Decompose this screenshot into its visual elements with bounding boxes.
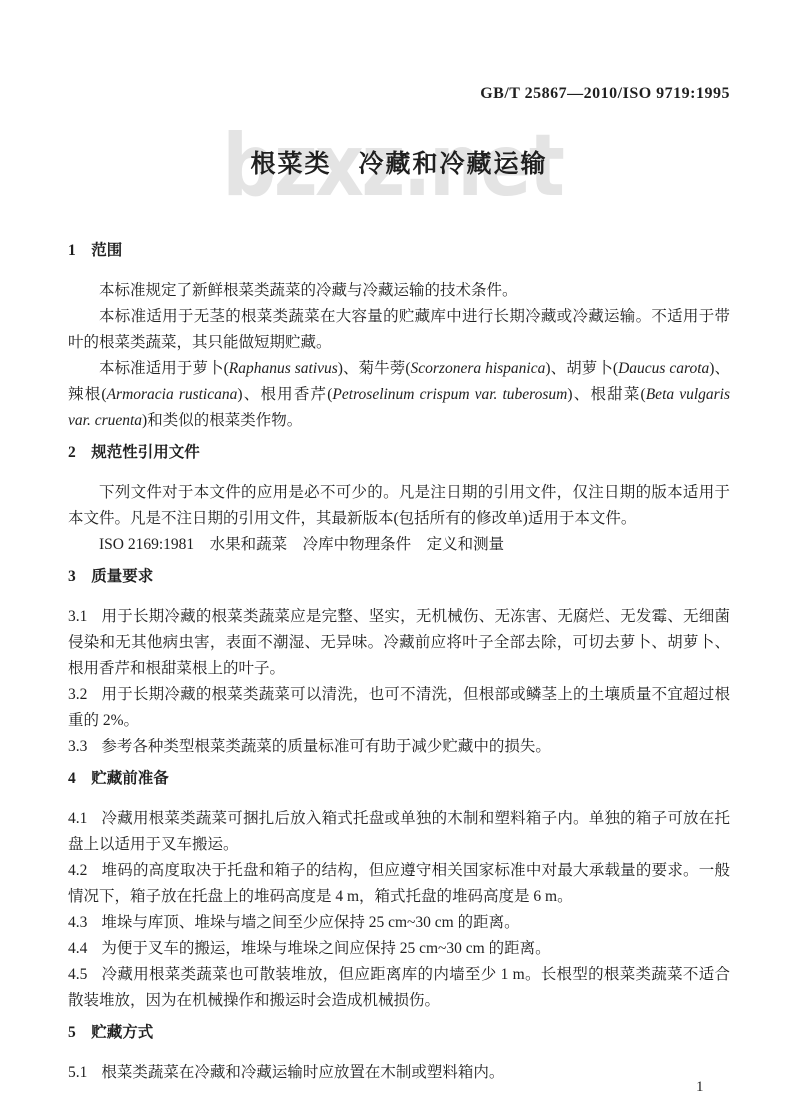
section-heading-label: 规范性引用文件 [91, 444, 200, 461]
section-quality-requirements: 3质量要求 3.1用于长期冷藏的根菜类蔬菜应是完整、坚实，无机械伤、无冻害、无腐… [68, 564, 730, 760]
section-number: 2 [68, 444, 76, 461]
section-number: 1 [68, 242, 76, 259]
clause: 4.2堆码的高度取决于托盘和箱子的结构，但应遵守相关国家标准中对最大承载量的要求… [68, 858, 730, 910]
section-heading: 2规范性引用文件 [68, 440, 730, 466]
section-heading: 4贮藏前准备 [68, 766, 730, 792]
section-scope: 1范围 本标准规定了新鲜根菜类蔬菜的冷藏与冷藏运输的技术条件。 本标准适用于无茎… [68, 238, 730, 434]
clause-text: 为便于叉车的搬运，堆垛与堆垛之间应保持 25 cm~30 cm 的距离。 [101, 940, 550, 957]
section-preparation-before-storage: 4贮藏前准备 4.1冷藏用根菜类蔬菜可捆扎后放入箱式托盘或单独的木制和塑料箱子内… [68, 766, 730, 1014]
section-heading-label: 质量要求 [91, 568, 153, 585]
standard-code: GB/T 25867—2010/ISO 9719:1995 [68, 84, 730, 104]
section-heading-label: 贮藏方式 [91, 1024, 153, 1041]
clause: 4.4为便于叉车的搬运，堆垛与堆垛之间应保持 25 cm~30 cm 的距离。 [68, 936, 730, 962]
clause-text: 堆码的高度取决于托盘和箱子的结构，但应遵守相关国家标准中对最大承载量的要求。一般… [68, 862, 730, 905]
section-heading: 5贮藏方式 [68, 1020, 730, 1046]
section-number: 4 [68, 770, 76, 787]
clause-text: 用于长期冷藏的根菜类蔬菜可以清洗，也可不清洗，但根部或鳞茎上的土壤质量不宜超过根… [68, 686, 730, 729]
clause-text: 冷藏用根菜类蔬菜也可散装堆放，但应距离库的内墙至少 1 m。长根型的根菜类蔬菜不… [68, 966, 730, 1009]
section-heading: 1范围 [68, 238, 730, 264]
clause-number: 4.2 [68, 862, 87, 879]
clause-text: 冷藏用根菜类蔬菜可捆扎后放入箱式托盘或单独的木制和塑料箱子内。单独的箱子可放在托… [68, 810, 730, 853]
clause-number: 4.1 [68, 810, 87, 827]
clause: 3.1用于长期冷藏的根菜类蔬菜应是完整、坚实，无机械伤、无冻害、无腐烂、无发霉、… [68, 604, 730, 682]
clause-text: 用于长期冷藏的根菜类蔬菜应是完整、坚实，无机械伤、无冻害、无腐烂、无发霉、无细菌… [68, 608, 730, 677]
section-storage-method: 5贮藏方式 5.1根菜类蔬菜在冷藏和冷藏运输时应放置在木制或塑料箱内。 [68, 1020, 730, 1086]
clause-number: 3.1 [68, 608, 87, 625]
clause: 4.5冷藏用根菜类蔬菜也可散装堆放，但应距离库的内墙至少 1 m。长根型的根菜类… [68, 962, 730, 1014]
section-heading-label: 贮藏前准备 [91, 770, 169, 787]
clause-number: 4.5 [68, 966, 87, 983]
section-heading-label: 范围 [91, 242, 122, 259]
page-number: 1 [696, 1077, 704, 1097]
clause-text: 根菜类蔬菜在冷藏和冷藏运输时应放置在木制或塑料箱内。 [101, 1064, 504, 1081]
paragraph: 下列文件对于本文件的应用是必不可少的。凡是注日期的引用文件，仅注日期的版本适用于… [68, 480, 730, 532]
paragraph-species-list: 本标准适用于萝卜(Raphanus sativus)、菊牛蒡(Scorzoner… [68, 356, 730, 434]
section-number: 3 [68, 568, 76, 585]
clause: 3.2用于长期冷藏的根菜类蔬菜可以清洗，也可不清洗，但根部或鳞茎上的土壤质量不宜… [68, 682, 730, 734]
paragraph: 本标准适用于无茎的根菜类蔬菜在大容量的贮藏库中进行长期冷藏或冷藏运输。不适用于带… [68, 304, 730, 356]
clause: 4.1冷藏用根菜类蔬菜可捆扎后放入箱式托盘或单独的木制和塑料箱子内。单独的箱子可… [68, 806, 730, 858]
clause-number: 3.2 [68, 686, 87, 703]
clause-number: 5.1 [68, 1064, 87, 1081]
clause-number: 4.3 [68, 914, 87, 931]
clause-number: 4.4 [68, 940, 87, 957]
clause-text: 堆垛与库顶、堆垛与墙之间至少应保持 25 cm~30 cm 的距离。 [101, 914, 519, 931]
clause-number: 3.3 [68, 738, 87, 755]
clause: 3.3参考各种类型根菜类蔬菜的质量标准可有助于减少贮藏中的损失。 [68, 734, 730, 760]
clause-text: 参考各种类型根菜类蔬菜的质量标准可有助于减少贮藏中的损失。 [101, 738, 551, 755]
section-heading: 3质量要求 [68, 564, 730, 590]
reference-entry: ISO 2169:1981 水果和蔬菜 冷库中物理条件 定义和测量 [68, 532, 730, 558]
document-content: GB/T 25867—2010/ISO 9719:1995 根菜类 冷藏和冷藏运… [0, 0, 800, 1086]
paragraph: 本标准规定了新鲜根菜类蔬菜的冷藏与冷藏运输的技术条件。 [68, 278, 730, 304]
document-title: 根菜类 冷藏和冷藏运输 [68, 148, 730, 182]
clause: 4.3堆垛与库顶、堆垛与墙之间至少应保持 25 cm~30 cm 的距离。 [68, 910, 730, 936]
clause: 5.1根菜类蔬菜在冷藏和冷藏运输时应放置在木制或塑料箱内。 [68, 1060, 730, 1086]
section-normative-references: 2规范性引用文件 下列文件对于本文件的应用是必不可少的。凡是注日期的引用文件，仅… [68, 440, 730, 558]
document-page: bzxz.net GB/T 25867—2010/ISO 9719:1995 根… [0, 0, 800, 1120]
section-number: 5 [68, 1024, 76, 1041]
